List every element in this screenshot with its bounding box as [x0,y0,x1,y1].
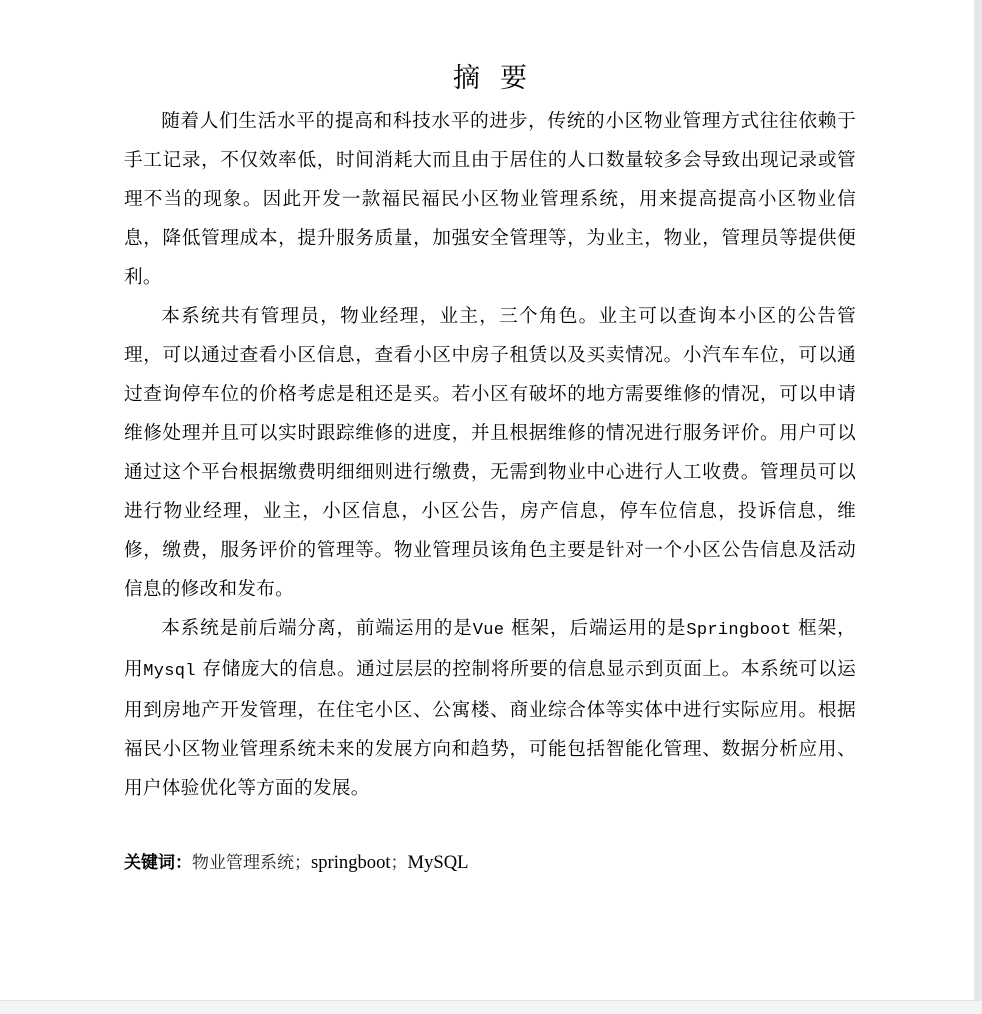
paragraph-text: 存储庞大的信息。通过层层的控制将所要的信息显示到页面上。本系统可以运用到房地产开… [124,659,856,799]
abstract-paragraph-3: 本系统是前后端分离，前端运用的是Vue 框架，后端运用的是Springboot … [124,609,856,808]
term-springboot: Springboot [686,621,791,640]
abstract-page: 摘要 随着人们生活水平的提高和科技水平的进步，传统的小区物业管理方式往往依赖于手… [124,56,856,878]
term-vue: Vue [473,621,505,640]
abstract-paragraph-1: 随着人们生活水平的提高和科技水平的进步，传统的小区物业管理方式往往依赖于手工记录… [124,102,856,297]
keywords-label: 关键词： [124,853,192,873]
keywords-line: 关键词：物业管理系统；springboot；MySQL [124,848,856,878]
keyword-3: MySQL [408,852,469,873]
keyword-1: 物业管理系统； [192,853,311,873]
horizontal-scrollbar[interactable] [0,1000,982,1014]
term-mysql: Mysql [143,662,196,681]
keyword-2: springboot [311,852,391,873]
document-viewport[interactable]: 摘要 随着人们生活水平的提高和科技水平的进步，传统的小区物业管理方式往往依赖于手… [0,0,974,1000]
keyword-separator: ； [391,853,408,873]
page-title: 摘要 [144,56,856,102]
paragraph-text: 框架，后端运用的是 [511,618,686,639]
abstract-paragraph-2: 本系统共有管理员，物业经理，业主，三个角色。业主可以查询本小区的公告管理，可以通… [124,297,856,609]
paragraph-text: 本系统是前后端分离，前端运用的是 [161,618,473,639]
vertical-scrollbar[interactable] [974,0,982,1000]
